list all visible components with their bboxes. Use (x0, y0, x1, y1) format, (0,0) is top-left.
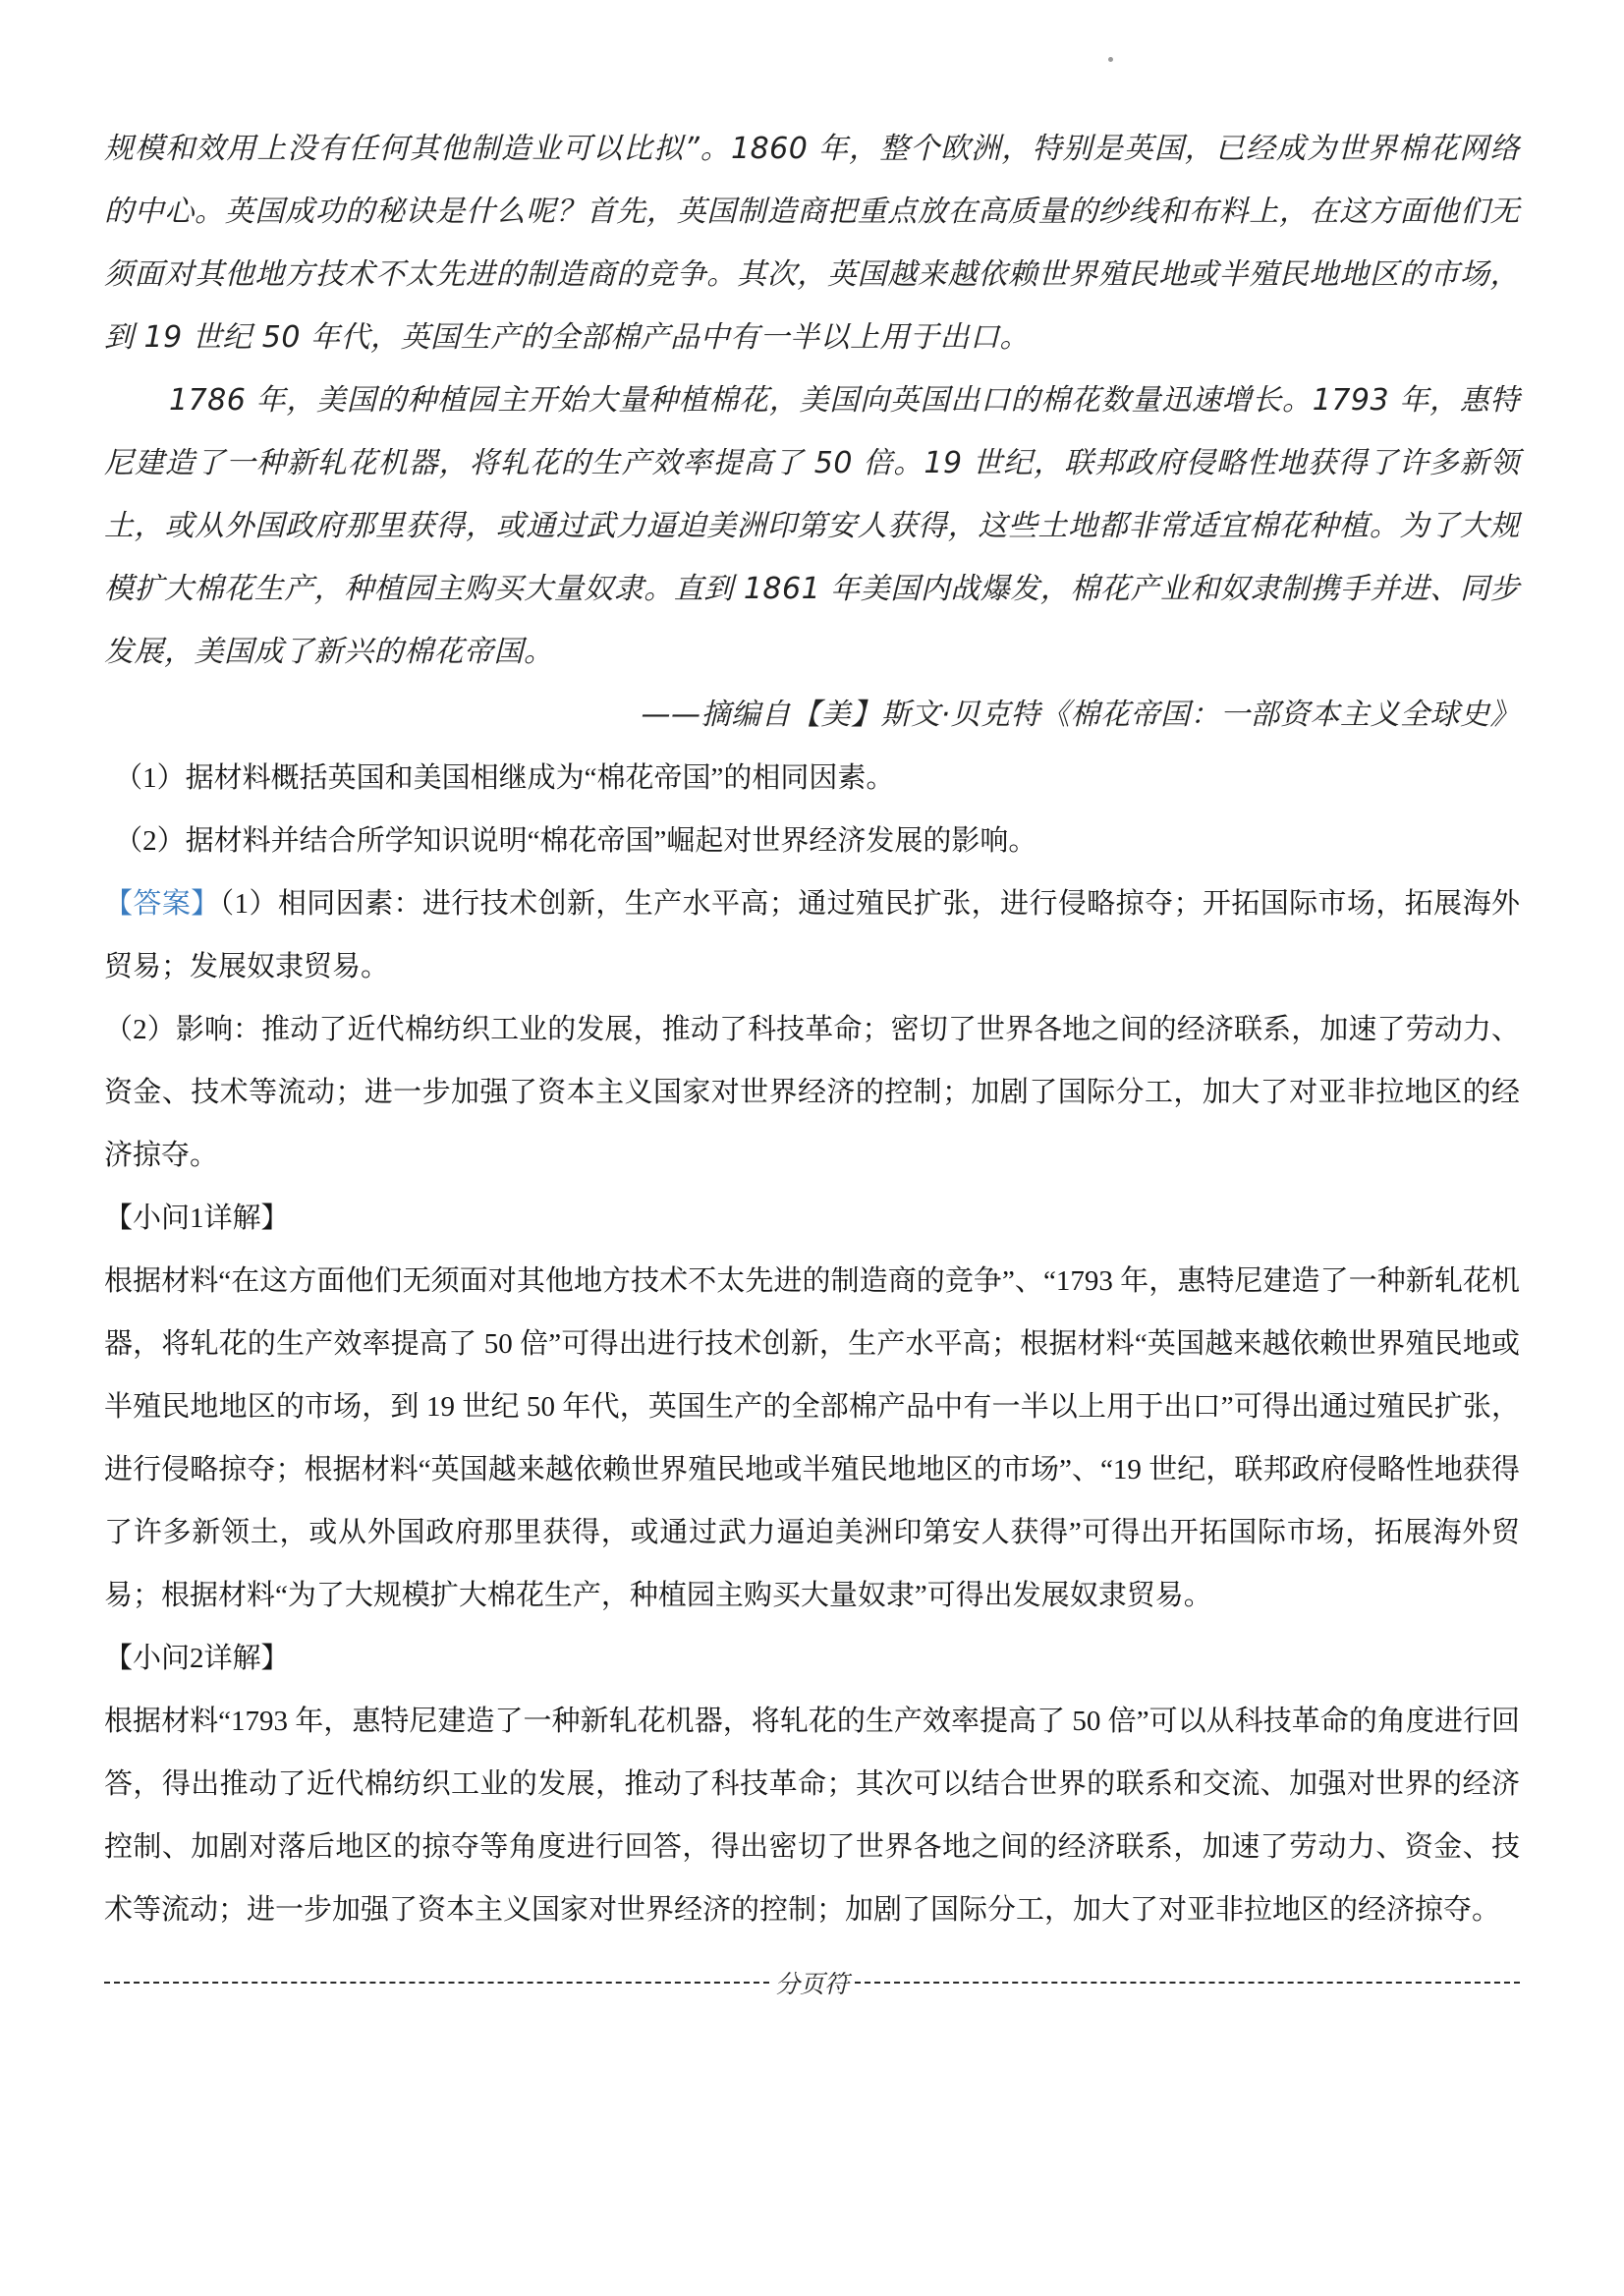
stray-mark-dot (1108, 57, 1113, 62)
page-break-separator: 分页符 (104, 1965, 1520, 2000)
answer-label: 【答案】 (104, 888, 220, 920)
material-paragraph-1: 规模和效用上没有任何其他制造业可以比拟”。1860 年，整个欧洲，特别是英国，已… (104, 118, 1520, 369)
document-page: 规模和效用上没有任何其他制造业可以比拟”。1860 年，整个欧洲，特别是英国，已… (0, 0, 1624, 2296)
page-break-dashes-left (104, 1982, 769, 1984)
page-break-label: 分页符 (769, 1965, 855, 2000)
question-2: （2）据材料并结合所学知识说明“棉花帝国”崛起对世界经济发展的影响。 (104, 810, 1520, 872)
explanation-2-heading: 【小问2详解】 (104, 1627, 1520, 1690)
typeset-section: （1）据材料概括英国和美国相继成为“棉花帝国”的相同因素。 （2）据材料并结合所… (104, 747, 1520, 1941)
answer-paragraph-1: 【答案】（1）相同因素：进行技术创新，生产水平高；通过殖民扩张，进行侵略掠夺；开… (104, 872, 1520, 998)
answer-part-1: （1）相同因素：进行技术创新，生产水平高；通过殖民扩张，进行侵略掠夺；开拓国际市… (104, 888, 1520, 982)
material-section: 规模和效用上没有任何其他制造业可以比拟”。1860 年，整个欧洲，特别是英国，已… (104, 118, 1520, 747)
page-break-dashes-right (855, 1982, 1520, 1984)
explanation-2-body: 根据材料“1793 年，惠特尼建造了一种新轧花机器，将轧花的生产效率提高了 50… (104, 1690, 1520, 1941)
explanation-1-heading: 【小问1详解】 (104, 1187, 1520, 1250)
material-source-citation: ——摘编自【美】斯文·贝克特《棉花帝国：一部资本主义全球史》 (104, 684, 1520, 747)
answer-paragraph-2: （2）影响：推动了近代棉纺织工业的发展，推动了科技革命；密切了世界各地之间的经济… (104, 998, 1520, 1187)
question-1: （1）据材料概括英国和美国相继成为“棉花帝国”的相同因素。 (104, 747, 1520, 810)
explanation-1-body: 根据材料“在这方面他们无须面对其他地方技术不太先进的制造商的竞争”、“1793 … (104, 1250, 1520, 1627)
material-paragraph-2: 1786 年，美国的种植园主开始大量种植棉花，美国向英国出口的棉花数量迅速增长。… (104, 369, 1520, 684)
